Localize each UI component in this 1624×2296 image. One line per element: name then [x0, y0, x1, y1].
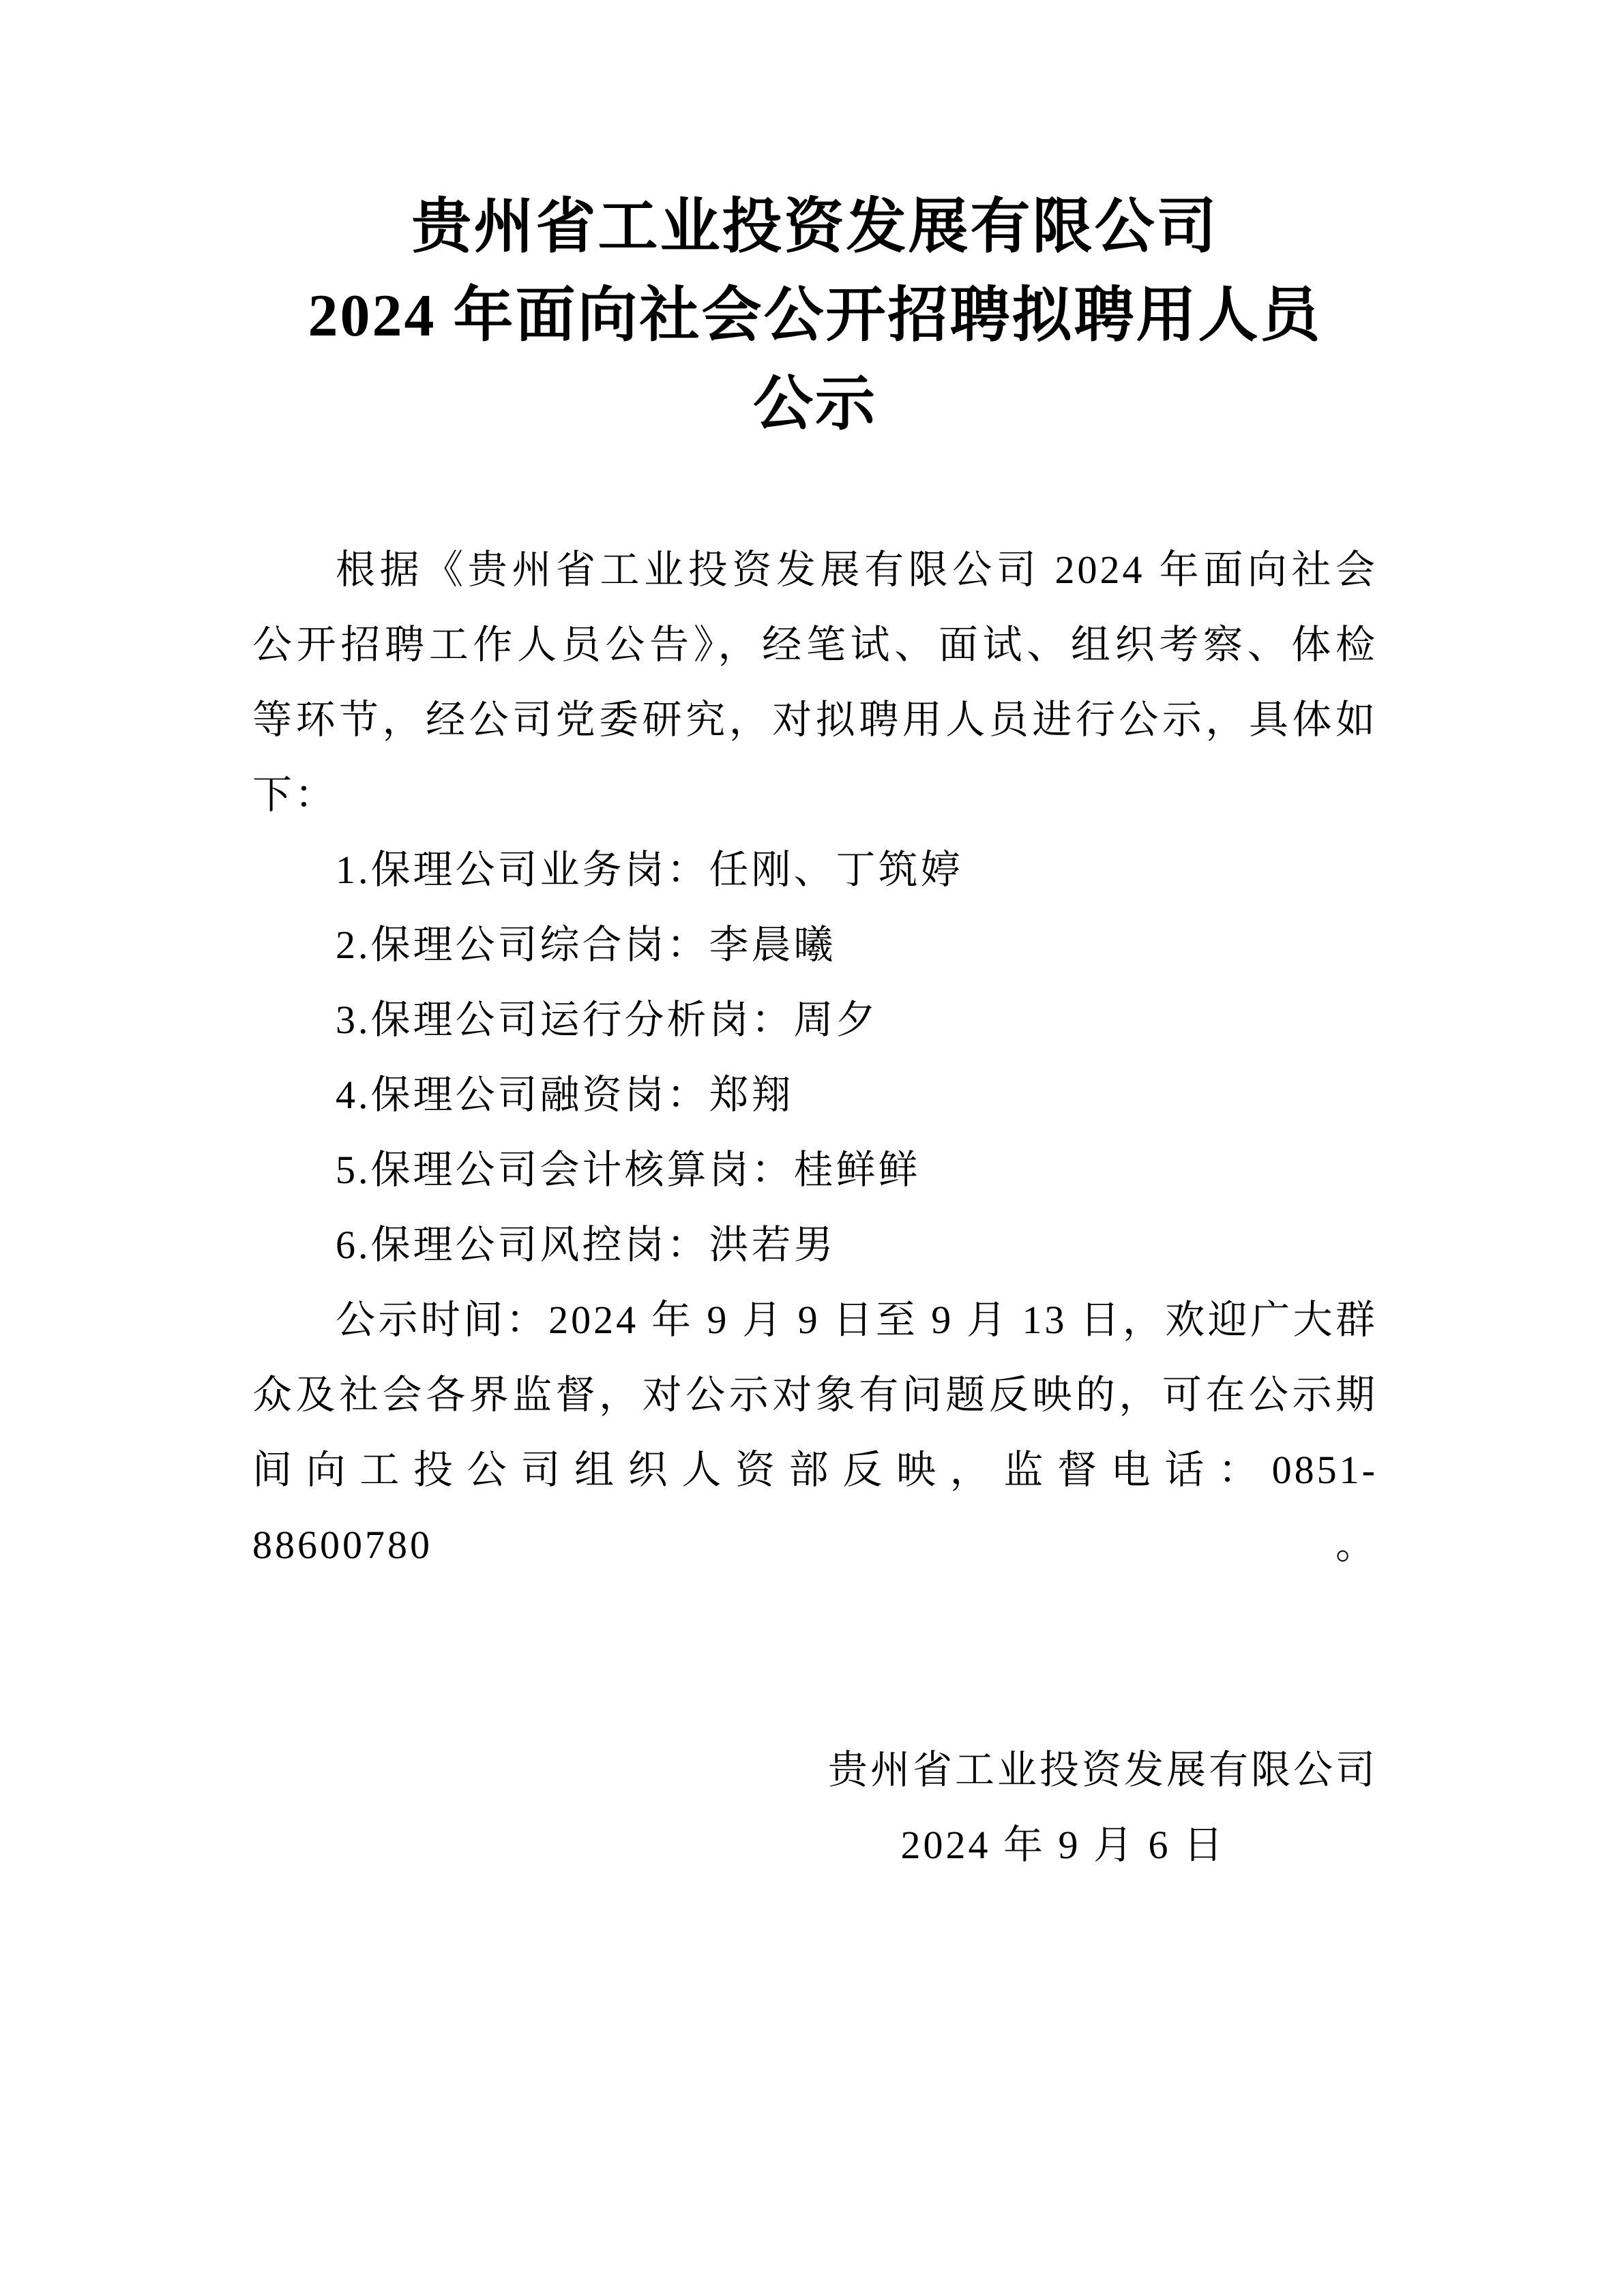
document-title: 贵州省工业投资发展有限公司 2024 年面向社会公开招聘拟聘用人员 公示	[252, 183, 1378, 449]
document-page: 贵州省工业投资发展有限公司 2024 年面向社会公开招聘拟聘用人员 公示 根据《…	[0, 0, 1624, 2296]
closing-paragraph-line: 众及社会各界监督，对公示对象有问题反映的，可在公示期	[252, 1358, 1378, 1433]
signature-date: 2024 年 9 月 6 日	[252, 1808, 1378, 1883]
closing-paragraph-line: 公示时间：2024 年 9 月 9 日至 9 月 13 日，欢迎广大群	[252, 1283, 1378, 1358]
list-item-1: 1.保理公司业务岗：任刚、丁筑婷	[252, 833, 1378, 908]
title-line-2: 2024 年面向社会公开招聘拟聘用人员	[252, 272, 1378, 361]
list-item-3: 3.保理公司运行分析岗：周夕	[252, 983, 1378, 1058]
list-item-4: 4.保理公司融资岗：郑翔	[252, 1058, 1378, 1133]
closing-paragraph-line: 间向工投公司组织人资部反映，监督电话：0851-88600780。	[252, 1433, 1378, 1583]
signature-company: 贵州省工业投资发展有限公司	[252, 1733, 1378, 1808]
list-item-5: 5.保理公司会计核算岗：桂鲜鲜	[252, 1133, 1378, 1208]
list-item-2: 2.保理公司综合岗：李晨曦	[252, 908, 1378, 983]
title-line-1: 贵州省工业投资发展有限公司	[252, 183, 1378, 272]
intro-paragraph-line: 等环节，经公司党委研究，对拟聘用人员进行公示，具体如	[252, 683, 1378, 758]
intro-paragraph-line: 公开招聘工作人员公告》，经笔试、面试、组织考察、体检	[252, 608, 1378, 683]
title-line-3: 公示	[252, 361, 1378, 449]
document-body: 根据《贵州省工业投资发展有限公司 2024 年面向社会 公开招聘工作人员公告》，…	[252, 533, 1378, 1883]
intro-paragraph-line: 下：	[252, 758, 1378, 833]
intro-paragraph-line: 根据《贵州省工业投资发展有限公司 2024 年面向社会	[252, 533, 1378, 608]
list-item-6: 6.保理公司风控岗：洪若男	[252, 1208, 1378, 1283]
